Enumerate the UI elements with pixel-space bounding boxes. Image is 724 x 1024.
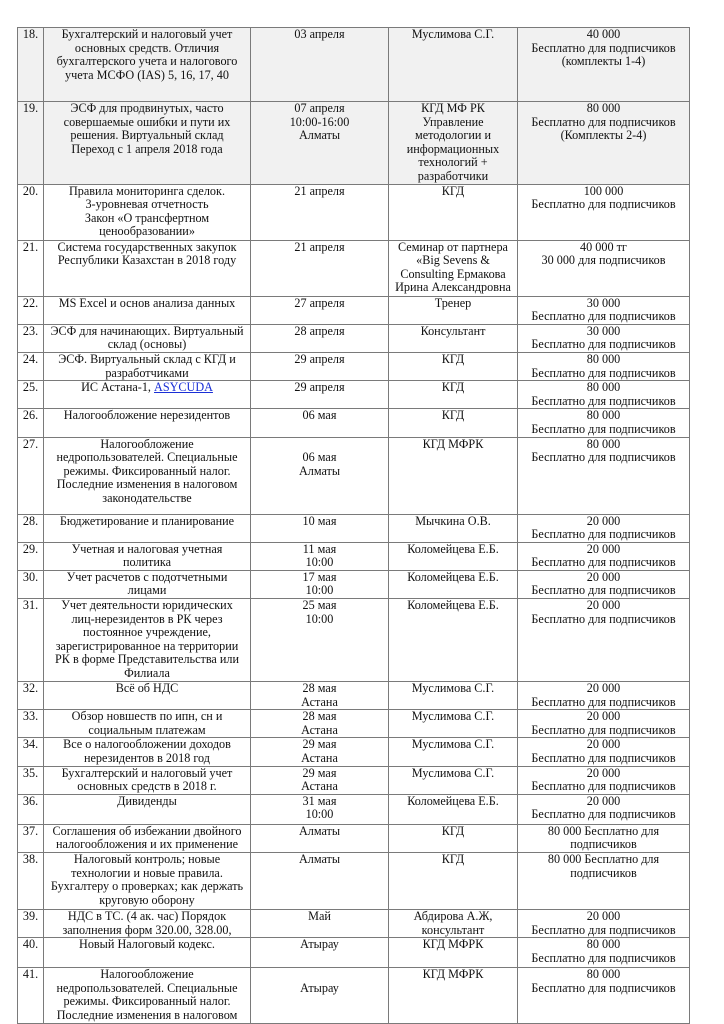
seminar-speaker: КГД [389, 381, 518, 409]
table-row: 29.Учетная и налоговая учетнаяполитика11… [18, 542, 690, 570]
cell-text-line: налогообложения и их применение [46, 838, 248, 852]
cell-text-line: Бесплатно для подписчиков [520, 42, 687, 56]
row-number: 39. [18, 910, 44, 938]
cell-text-line: Налоговый контроль; новые [46, 853, 248, 867]
cell-text-line: КГД МФ РК [391, 102, 515, 116]
cell-text-line: технологии и новые правила. [46, 867, 248, 881]
cell-text-line: 40 000 тг [520, 241, 687, 255]
cell-text-line: Бесплатно для подписчиков [520, 310, 687, 324]
seminar-topic: Налогообложениенедропользователей. Специ… [44, 968, 251, 1024]
cell-text-line: законодательстве [46, 492, 248, 506]
cell-text-line: Республики Казахстан в 2018 году [46, 254, 248, 268]
seminar-date: 17 мая10:00 [251, 570, 389, 598]
seminar-date: 06 мая [251, 409, 389, 437]
cell-text-line: 06 мая [253, 451, 386, 465]
seminar-price: 20 000Бесплатно для подписчиков [518, 710, 690, 738]
table-row: 37.Соглашения об избежании двойногоналог… [18, 824, 690, 852]
cell-text-line: бухгалтерского учета и налогового [46, 55, 248, 69]
cell-text-line: 80 000 [520, 938, 687, 952]
cell-text-line: Коломейцева Е.Б. [391, 599, 515, 613]
row-number: 32. [18, 682, 44, 710]
cell-text-line: постоянное учреждение, [46, 626, 248, 640]
table-row: 19.ЭСФ для продвинутых, частосовершаемые… [18, 102, 690, 185]
cell-text-line: склад (основы) [46, 338, 248, 352]
cell-text-line: 20 000 [520, 767, 687, 781]
seminar-price: 80 000Бесплатно для подписчиков [518, 381, 690, 409]
cell-text-line: 20 000 [520, 543, 687, 557]
cell-text-line: Коломейцева Е.Б. [391, 795, 515, 809]
cell-text-line: информационных [391, 143, 515, 157]
cell-text-line: ЭСФ. Виртуальный склад с КГД и [46, 353, 248, 367]
cell-text-line: круговую оборону [46, 894, 248, 908]
row-number: 36. [18, 794, 44, 824]
cell-text-line: КГД [391, 185, 515, 199]
row-number: 25. [18, 381, 44, 409]
row-number: 41. [18, 968, 44, 1024]
seminar-price: 20 000Бесплатно для подписчиков [518, 738, 690, 766]
row-number: 40. [18, 938, 44, 968]
cell-text-line: Бесплатно для подписчиков [520, 780, 687, 794]
cell-text-line: социальным платежам [46, 724, 248, 738]
cell-text-line: 20 000 [520, 599, 687, 613]
seminar-speaker: КГД [389, 824, 518, 852]
row-number: 33. [18, 710, 44, 738]
seminar-speaker: Муслимова С.Г. [389, 738, 518, 766]
cell-text-line: нерезидентов в 2018 год [46, 752, 248, 766]
cell-text-line: КГД [391, 853, 515, 867]
seminar-date: Май [251, 910, 389, 938]
cell-text-line: Алматы [253, 825, 386, 839]
table-row: 25.ИС Астана-1, ASYCUDA29 апреляКГД80 00… [18, 381, 690, 409]
cell-text-line: 10:00 [253, 613, 386, 627]
cell-text-line: КГД МФРК [391, 438, 515, 452]
cell-text-line: учета МСФО (IAS) 5, 16, 17, 40 [46, 69, 248, 83]
cell-text-line: Закон «О трансфертном [46, 212, 248, 226]
cell-text-line: Бесплатно для подписчиков [520, 952, 687, 966]
seminar-topic: Бухгалтерский и налоговый учетосновных с… [44, 28, 251, 102]
cell-text-line: Всё об НДС [46, 682, 248, 696]
cell-text-line: Бесплатно для подписчиков [520, 808, 687, 822]
cell-text-line: подписчиков [520, 867, 687, 881]
cell-text-line: Астана [253, 696, 386, 710]
table-row: 28.Бюджетирование и планирование10 маяМы… [18, 514, 690, 542]
seminar-topic: Система государственных закупокРеспублик… [44, 240, 251, 296]
cell-text-line: консультант [391, 924, 515, 938]
seminar-price: 40 000Бесплатно для подписчиков(комплект… [518, 28, 690, 102]
seminar-speaker: КГД МФРК [389, 437, 518, 514]
cell-text-line: Бесплатно для подписчиков [520, 724, 687, 738]
cell-text-line: Коломейцева Е.Б. [391, 543, 515, 557]
row-number: 20. [18, 184, 44, 240]
seminar-topic: ЭСФ. Виртуальный склад с КГД иразработчи… [44, 352, 251, 380]
cell-text-line: Семинар от партнера [391, 241, 515, 255]
schedule-body: 18.Бухгалтерский и налоговый учетосновны… [18, 28, 690, 1024]
cell-text-line: «Big Sevens & [391, 254, 515, 268]
cell-text-line: политика [46, 556, 248, 570]
cell-text-line: совершаемые ошибки и пути их [46, 116, 248, 130]
cell-text-line: РК в форме Представительства или [46, 653, 248, 667]
cell-text-line: режимы. Фиксированный налог. [46, 995, 248, 1009]
seminar-date: 25 мая10:00 [251, 599, 389, 682]
row-number: 27. [18, 437, 44, 514]
row-number: 29. [18, 542, 44, 570]
seminar-speaker: КГД [389, 352, 518, 380]
cell-text-line: Consulting Ермакова [391, 268, 515, 282]
seminar-price: 20 000Бесплатно для подписчиков [518, 766, 690, 794]
table-row: 38.Налоговый контроль; новыетехнологии и… [18, 853, 690, 910]
cell-text-line: Бесплатно для подписчиков [520, 696, 687, 710]
cell-text-line: 06 мая [253, 409, 386, 423]
table-row: 31.Учет деятельности юридическихлиц-нере… [18, 599, 690, 682]
cell-text-line: MS Excel и основ анализа данных [46, 297, 248, 311]
table-row: 20.Правила мониторинга сделок.3-уровнева… [18, 184, 690, 240]
seminar-speaker: Коломейцева Е.Б. [389, 542, 518, 570]
cell-text-line: Переход с 1 апреля 2018 года [46, 143, 248, 157]
spacer [253, 438, 386, 452]
cell-text-line: технологий + [391, 156, 515, 170]
cell-text-line: Астана [253, 724, 386, 738]
cell-text-line: ценообразовании» [46, 225, 248, 239]
seminar-date: 03 апреля [251, 28, 389, 102]
cell-text-line: 20 000 [520, 682, 687, 696]
cell-text-line: 80 000 [520, 438, 687, 452]
seminar-date: Алматы [251, 824, 389, 852]
seminar-speaker: Коломейцева Е.Б. [389, 570, 518, 598]
cell-text-line: 20 000 [520, 571, 687, 585]
cell-text-line: 20 000 [520, 515, 687, 529]
cell-text-line: Бесплатно для подписчиков [520, 116, 687, 130]
cell-text-line: 31 мая [253, 795, 386, 809]
cell-text-line: 10:00 [253, 556, 386, 570]
cell-text-line: основных средств. Отличия [46, 42, 248, 56]
table-row: 36.Дивиденды31 мая10:00Коломейцева Е.Б.2… [18, 794, 690, 824]
seminar-speaker: КГД МФРК [389, 968, 518, 1024]
row-number: 23. [18, 324, 44, 352]
seminar-topic: Налогообложениенедропользователей. Специ… [44, 437, 251, 514]
seminar-topic: Дивиденды [44, 794, 251, 824]
seminar-topic: Обзор новшеств по ипн, сн исоциальным пл… [44, 710, 251, 738]
cell-text-line: 27 апреля [253, 297, 386, 311]
seminar-price: 80 000Бесплатно для подписчиков [518, 409, 690, 437]
cell-text-line: Учет расчетов с подотчетными [46, 571, 248, 585]
cell-text-line: Консультант [391, 325, 515, 339]
seminar-topic: ИС Астана-1, ASYCUDA [44, 381, 251, 409]
seminar-price: 80 000 Бесплатно дляподписчиков [518, 824, 690, 852]
cell-text-line: Бухгалтерский и налоговый учет [46, 767, 248, 781]
seminar-date: 07 апреля10:00-16:00Алматы [251, 102, 389, 185]
cell-text-line: Обзор новшеств по ипн, сн и [46, 710, 248, 724]
table-row: 40.Новый Налоговый кодекс.АтырауКГД МФРК… [18, 938, 690, 968]
cell-text-line: 21 апреля [253, 241, 386, 255]
cell-text-line: режимы. Фиксированный налог. [46, 465, 248, 479]
cell-text-line: Алматы [253, 465, 386, 479]
table-row: 33.Обзор новшеств по ипн, сн исоциальным… [18, 710, 690, 738]
cell-text-line: Тренер [391, 297, 515, 311]
cell-text-line: Муслимова С.Г. [391, 28, 515, 42]
cell-text-line: 29 мая [253, 767, 386, 781]
cell-text-line: Бесплатно для подписчиков [520, 423, 687, 437]
seminar-speaker: Консультант [389, 324, 518, 352]
seminar-price: 20 000Бесплатно для подписчиков [518, 570, 690, 598]
cell-text-line: Все о налогообложении доходов [46, 738, 248, 752]
cell-text-line: 20 000 [520, 710, 687, 724]
cell-text-line: 10:00-16:00 [253, 116, 386, 130]
cell-text-line: Система государственных закупок [46, 241, 248, 255]
cell-text-line: Коломейцева Е.Б. [391, 571, 515, 585]
cell-text-line: Бесплатно для подписчиков [520, 924, 687, 938]
seminar-price: 30 000Бесплатно для подписчиков [518, 296, 690, 324]
cell-text-line: Новый Налоговый кодекс. [46, 938, 248, 952]
cell-text-line: лиц-нерезидентов в РК через [46, 613, 248, 627]
seminar-topic: Учет расчетов с подотчетнымилицами [44, 570, 251, 598]
table-row: 22.MS Excel и основ анализа данных27 апр… [18, 296, 690, 324]
table-row: 34.Все о налогообложении доходовнерезиде… [18, 738, 690, 766]
cell-text-line: Бухгалтеру о проверках; как держать [46, 880, 248, 894]
row-number: 30. [18, 570, 44, 598]
cell-text-line: Астана [253, 752, 386, 766]
cell-text-line: 28 апреля [253, 325, 386, 339]
cell-text-line: Мычкина О.В. [391, 515, 515, 529]
cell-text-line: Атырау [253, 938, 386, 952]
cell-text-line: Дивиденды [46, 795, 248, 809]
cell-text-line: ЭСФ для начинающих. Виртуальный [46, 325, 248, 339]
seminar-date: 29 апреля [251, 381, 389, 409]
seminar-price: 40 000 тг30 000 для подписчиков [518, 240, 690, 296]
seminar-topic: Все о налогообложении доходовнерезиденто… [44, 738, 251, 766]
cell-text-line: разработчиками [46, 367, 248, 381]
seminar-date: 10 мая [251, 514, 389, 542]
cell-text-line: заполнения форм 320.00, 328.00, [46, 924, 248, 938]
seminar-date: Атырау [251, 968, 389, 1024]
seminar-topic: Бухгалтерский и налоговый учетосновных с… [44, 766, 251, 794]
cell-text-line: Астана [253, 780, 386, 794]
seminar-price: 20 000Бесплатно для подписчиков [518, 514, 690, 542]
cell-text-line: Бесплатно для подписчиков [520, 198, 687, 212]
spacer [253, 968, 386, 982]
cell-text-line: Налогообложение [46, 438, 248, 452]
seminar-speaker: Коломейцева Е.Б. [389, 794, 518, 824]
cell-text-line: Муслимова С.Г. [391, 738, 515, 752]
seminar-date: 29 апреля [251, 352, 389, 380]
row-number: 18. [18, 28, 44, 102]
seminar-topic: Соглашения об избежании двойногоналогооб… [44, 824, 251, 852]
seminar-speaker: Муслимова С.Г. [389, 710, 518, 738]
cell-text-line: 80 000 [520, 102, 687, 116]
seminar-topic: Правила мониторинга сделок.3-уровневая о… [44, 184, 251, 240]
cell-text-line: Ирина Александровна [391, 281, 515, 295]
cell-text-line: решения. Виртуальный склад [46, 129, 248, 143]
cell-text-line: Бюджетирование и планирование [46, 515, 248, 529]
row-number: 26. [18, 409, 44, 437]
cell-text-line: 07 апреля [253, 102, 386, 116]
table-row: 35.Бухгалтерский и налоговый учетосновны… [18, 766, 690, 794]
seminar-price: 80 000Бесплатно для подписчиков [518, 437, 690, 514]
cell-text-line: 10:00 [253, 584, 386, 598]
seminar-date: 29 маяАстана [251, 766, 389, 794]
cell-text-line: Бесплатно для подписчиков [520, 584, 687, 598]
seminar-topic: Учетная и налоговая учетнаяполитика [44, 542, 251, 570]
seminar-topic: Налоговый контроль; новыетехнологии и но… [44, 853, 251, 910]
cell-text-line: Муслимова С.Г. [391, 767, 515, 781]
cell-text-line: Соглашения об избежании двойного [46, 825, 248, 839]
cell-text-line: Бесплатно для подписчиков [520, 395, 687, 409]
cell-text-line: 17 мая [253, 571, 386, 585]
table-row: 27.Налогообложениенедропользователей. Сп… [18, 437, 690, 514]
cell-text-line: 80 000 Бесплатно для [520, 853, 687, 867]
cell-text-line: 3-уровневая отчетность [46, 198, 248, 212]
seminar-topic: ЭСФ для начинающих. Виртуальныйсклад (ос… [44, 324, 251, 352]
cell-text-line: Бесплатно для подписчиков [520, 613, 687, 627]
table-row: 21.Система государственных закупокРеспуб… [18, 240, 690, 296]
seminar-date: 21 апреля [251, 184, 389, 240]
seminar-date: 28 маяАстана [251, 682, 389, 710]
cell-text-line: Май [253, 910, 386, 924]
cell-text-line: Алматы [253, 853, 386, 867]
seminar-speaker: Мычкина О.В. [389, 514, 518, 542]
cell-text-line: Бесплатно для подписчиков [520, 451, 687, 465]
row-number: 22. [18, 296, 44, 324]
cell-text-line: 28 мая [253, 682, 386, 696]
cell-text-line: 40 000 [520, 28, 687, 42]
cell-text-line: Бесплатно для подписчиков [520, 528, 687, 542]
seminar-speaker: Коломейцева Е.Б. [389, 599, 518, 682]
cell-text-line: КГД [391, 409, 515, 423]
seminar-topic: Налогообложение нерезидентов [44, 409, 251, 437]
cell-text-line: Атырау [253, 982, 386, 996]
cell-text-line: КГД [391, 825, 515, 839]
cell-text-line: КГД МФРК [391, 938, 515, 952]
document-page: 18.Бухгалтерский и налоговый учетосновны… [17, 27, 689, 1024]
cell-text-line: КГД МФРК [391, 968, 515, 982]
cell-text-line: 29 апреля [253, 353, 386, 367]
table-row: 18.Бухгалтерский и налоговый учетосновны… [18, 28, 690, 102]
seminar-topic: MS Excel и основ анализа данных [44, 296, 251, 324]
cell-text-line: (комплекты 1-4) [520, 55, 687, 69]
table-row: 30.Учет расчетов с подотчетнымилицами17 … [18, 570, 690, 598]
seminar-price: 80 000Бесплатно для подписчиков [518, 352, 690, 380]
cell-text-line: Бесплатно для подписчиков [520, 367, 687, 381]
cell-text-line: 10:00 [253, 808, 386, 822]
cell-text-line: лицами [46, 584, 248, 598]
seminar-topic: Новый Налоговый кодекс. [44, 938, 251, 968]
seminar-price: 80 000Бесплатно для подписчиков(Комплект… [518, 102, 690, 185]
seminar-speaker: КГД [389, 853, 518, 910]
seminar-date: 28 апреля [251, 324, 389, 352]
seminar-date: 21 апреля [251, 240, 389, 296]
seminar-speaker: Тренер [389, 296, 518, 324]
seminar-price: 80 000Бесплатно для подписчиков [518, 968, 690, 1024]
seminar-schedule-table: 18.Бухгалтерский и налоговый учетосновны… [17, 27, 690, 1024]
table-row: 32.Всё об НДС28 маяАстанаМуслимова С.Г.2… [18, 682, 690, 710]
seminar-speaker: КГД МФ РКУправлениеметодологии иинформац… [389, 102, 518, 185]
topic-text: ИС Астана-1, [81, 380, 154, 394]
cell-text-line: 11 мая [253, 543, 386, 557]
cell-text-line: 10 мая [253, 515, 386, 529]
cell-text-line: 80 000 [520, 381, 687, 395]
cell-text-line: зарегистрированное на территории [46, 640, 248, 654]
cell-text-line: НДС в ТС. (4 ак. час) Порядок [46, 910, 248, 924]
table-row: 26.Налогообложение нерезидентов06 маяКГД… [18, 409, 690, 437]
seminar-price: 100 000Бесплатно для подписчиков [518, 184, 690, 240]
seminar-price: 80 000Бесплатно для подписчиков [518, 938, 690, 968]
seminar-topic: ЭСФ для продвинутых, частосовершаемые ош… [44, 102, 251, 185]
seminar-price: 30 000Бесплатно для подписчиков [518, 324, 690, 352]
cell-text-line: Управление [391, 116, 515, 130]
cell-text-line: Бесплатно для подписчиков [520, 982, 687, 996]
row-number: 19. [18, 102, 44, 185]
cell-text-line: 29 мая [253, 738, 386, 752]
cell-text-line: 21 апреля [253, 185, 386, 199]
row-number: 21. [18, 240, 44, 296]
seminar-speaker: Семинар от партнера«Big Sevens &Consulti… [389, 240, 518, 296]
cell-text-line: 20 000 [520, 738, 687, 752]
cell-text-line: методологии и [391, 129, 515, 143]
row-number: 34. [18, 738, 44, 766]
row-number: 37. [18, 824, 44, 852]
cell-text-line: Бесплатно для подписчиков [520, 556, 687, 570]
seminar-speaker: Абдирова А.Ж,консультант [389, 910, 518, 938]
seminar-price: 20 000Бесплатно для подписчиков [518, 794, 690, 824]
cell-text-line: 80 000 [520, 409, 687, 423]
seminar-price: 20 000Бесплатно для подписчиков [518, 682, 690, 710]
cell-text-line: 80 000 Бесплатно для [520, 825, 687, 839]
cell-text-line: 25 мая [253, 599, 386, 613]
cell-text-line: Филиала [46, 667, 248, 681]
row-number: 35. [18, 766, 44, 794]
seminar-date: Алматы [251, 853, 389, 910]
cell-text-line: Бесплатно для подписчиков [520, 338, 687, 352]
row-number: 24. [18, 352, 44, 380]
seminar-speaker: Муслимова С.Г. [389, 682, 518, 710]
cell-text-line: ЭСФ для продвинутых, часто [46, 102, 248, 116]
table-row: 41.Налогообложениенедропользователей. Сп… [18, 968, 690, 1024]
seminar-date: 31 мая10:00 [251, 794, 389, 824]
cell-text-line: Налогообложение [46, 968, 248, 982]
seminar-topic: НДС в ТС. (4 ак. час) Порядокзаполнения … [44, 910, 251, 938]
seminar-topic: Всё об НДС [44, 682, 251, 710]
asycuda-link[interactable]: ASYCUDA [154, 380, 213, 394]
cell-text-line: КГД [391, 381, 515, 395]
cell-text-line: 30 000 [520, 325, 687, 339]
cell-text-line: КГД [391, 353, 515, 367]
cell-text-line: 80 000 [520, 968, 687, 982]
seminar-topic: Учет деятельности юридическихлиц-нерезид… [44, 599, 251, 682]
cell-text-line: 20 000 [520, 910, 687, 924]
seminar-price: 20 000Бесплатно для подписчиков [518, 542, 690, 570]
seminar-speaker: Муслимова С.Г. [389, 28, 518, 102]
cell-text-line: 100 000 [520, 185, 687, 199]
seminar-date: 27 апреля [251, 296, 389, 324]
row-number: 28. [18, 514, 44, 542]
cell-text-line: Правила мониторинга сделок. [46, 185, 248, 199]
cell-text-line: 30 000 для подписчиков [520, 254, 687, 268]
cell-text-line: Последние изменения в налоговом [46, 1009, 248, 1023]
cell-text-line: 03 апреля [253, 28, 386, 42]
row-number: 31. [18, 599, 44, 682]
seminar-date: Атырау [251, 938, 389, 968]
cell-text-line: (Комплекты 2-4) [520, 129, 687, 143]
seminar-speaker: КГД [389, 184, 518, 240]
cell-text-line: Муслимова С.Г. [391, 682, 515, 696]
seminar-speaker: Муслимова С.Г. [389, 766, 518, 794]
seminar-price: 20 000Бесплатно для подписчиков [518, 910, 690, 938]
cell-text-line: подписчиков [520, 838, 687, 852]
cell-text-line: Муслимова С.Г. [391, 710, 515, 724]
cell-text-line: разработчики [391, 170, 515, 184]
cell-text-line: 20 000 [520, 795, 687, 809]
row-number: 38. [18, 853, 44, 910]
seminar-date: 06 маяАлматы [251, 437, 389, 514]
